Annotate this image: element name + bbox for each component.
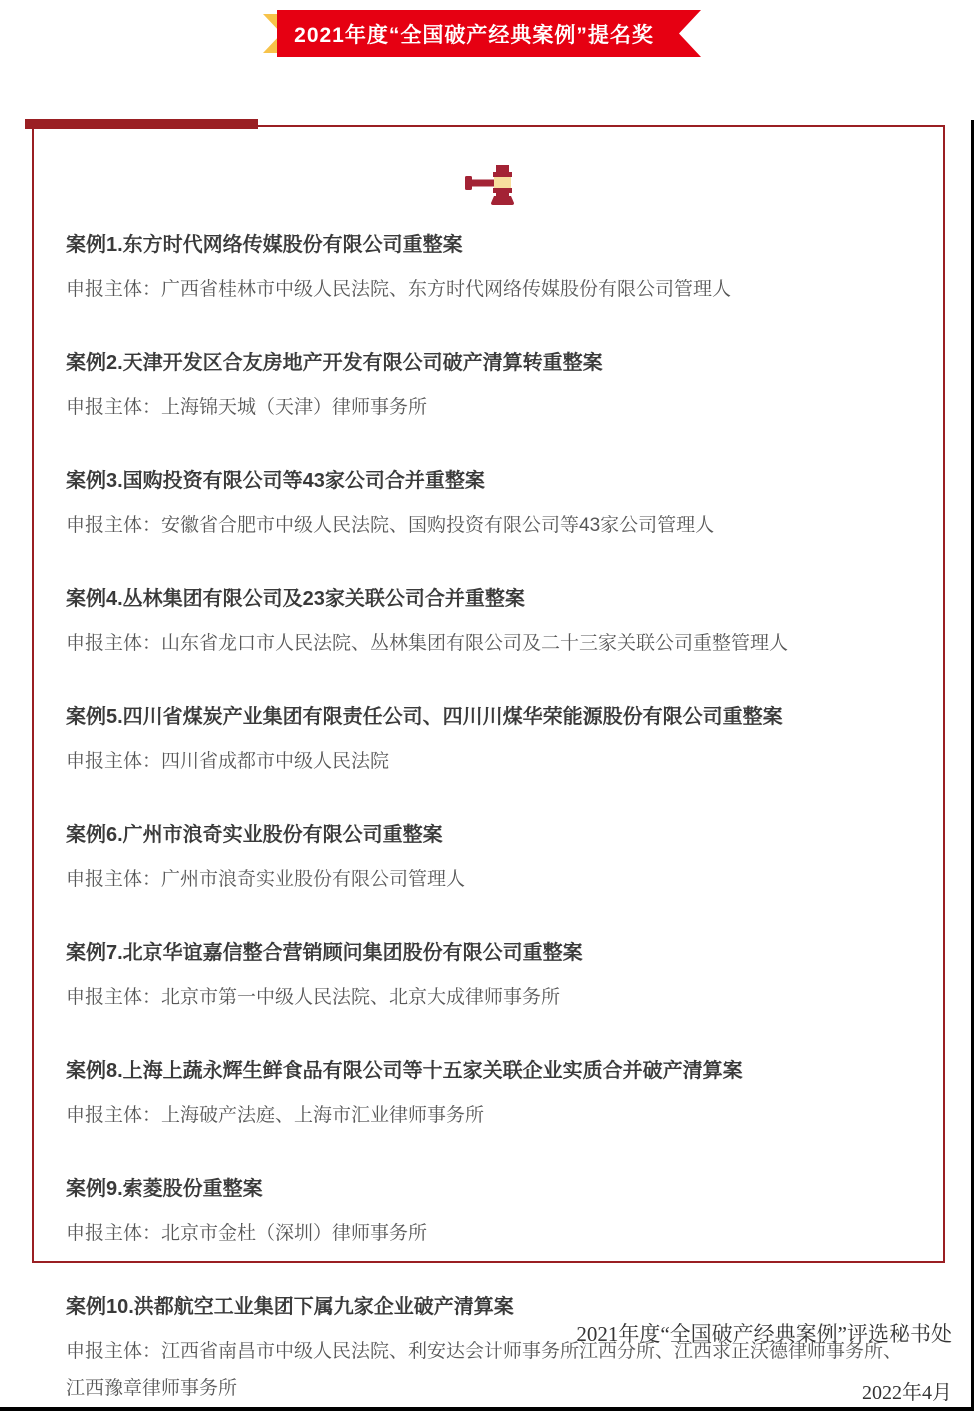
case-item: 案例3.国购投资有限公司等43家公司合并重整案 申报主体：安徽省合肥市中级人民法…: [66, 469, 915, 544]
gavel-icon: [66, 165, 915, 205]
award-banner: 2021年度“全国破产经典案例”提名奖: [277, 10, 701, 57]
case-applicant: 申报主体：安徽省合肥市中级人民法院、国购投资有限公司等43家公司管理人: [66, 507, 915, 544]
case-applicant: 申报主体：北京市第一中级人民法院、北京大成律师事务所: [66, 979, 915, 1016]
case-item: 案例9.索菱股份重整案 申报主体：北京市金杜（深圳）律师事务所: [66, 1177, 915, 1252]
case-applicant: 申报主体：江西省南昌市中级人民法院、利安达会计师事务所江西分所、江西求正沃德律师…: [66, 1333, 915, 1407]
case-applicant: 申报主体：上海锦天城（天津）律师事务所: [66, 389, 915, 426]
case-applicant: 申报主体：广西省桂林市中级人民法院、东方时代网络传媒股份有限公司管理人: [66, 271, 915, 308]
case-title: 案例9.索菱股份重整案: [66, 1177, 915, 1201]
case-item: 案例2.天津开发区合友房地产开发有限公司破产清算转重整案 申报主体：上海锦天城（…: [66, 351, 915, 426]
case-applicant: 申报主体：北京市金杜（深圳）律师事务所: [66, 1215, 915, 1252]
case-title: 案例4.丛林集团有限公司及23家关联公司合并重整案: [66, 587, 915, 611]
case-title: 案例10.洪都航空工业集团下属九家企业破产清算案: [66, 1295, 915, 1319]
banner-title: 2021年度“全国破产经典案例”提名奖: [277, 10, 671, 57]
header-accent-bar: [25, 119, 258, 129]
case-title: 案例7.北京华谊嘉信整合营销顾问集团股份有限公司重整案: [66, 941, 915, 965]
case-title: 案例2.天津开发区合友房地产开发有限公司破产清算转重整案: [66, 351, 915, 375]
case-item: 案例4.丛林集团有限公司及23家关联公司合并重整案 申报主体：山东省龙口市人民法…: [66, 587, 915, 662]
case-item: 案例5.四川省煤炭产业集团有限责任公司、四川川煤华荣能源股份有限公司重整案 申报…: [66, 705, 915, 780]
case-title: 案例1.东方时代网络传媒股份有限公司重整案: [66, 233, 915, 257]
case-item: 案例1.东方时代网络传媒股份有限公司重整案 申报主体：广西省桂林市中级人民法院、…: [66, 233, 915, 308]
case-title: 案例5.四川省煤炭产业集团有限责任公司、四川川煤华荣能源股份有限公司重整案: [66, 705, 915, 729]
case-title: 案例8.上海上蔬永辉生鲜食品有限公司等十五家关联企业实质合并破产清算案: [66, 1059, 915, 1083]
case-applicant: 申报主体：上海破产法庭、上海市汇业律师事务所: [66, 1097, 915, 1134]
case-applicant: 申报主体：四川省成都市中级人民法院: [66, 743, 915, 780]
case-item: 案例7.北京华谊嘉信整合营销顾问集团股份有限公司重整案 申报主体：北京市第一中级…: [66, 941, 915, 1016]
case-item: 案例6.广州市浪奇实业股份有限公司重整案 申报主体：广州市浪奇实业股份有限公司管…: [66, 823, 915, 898]
case-item: 案例10.洪都航空工业集团下属九家企业破产清算案 申报主体：江西省南昌市中级人民…: [66, 1295, 915, 1407]
case-title: 案例6.广州市浪奇实业股份有限公司重整案: [66, 823, 915, 847]
case-applicant: 申报主体：广州市浪奇实业股份有限公司管理人: [66, 861, 915, 898]
page-bottom-edge: [0, 1407, 974, 1411]
case-applicant: 申报主体：山东省龙口市人民法院、丛林集团有限公司及二十三家关联公司重整管理人: [66, 625, 915, 662]
case-item: 案例8.上海上蔬永辉生鲜食品有限公司等十五家关联企业实质合并破产清算案 申报主体…: [66, 1059, 915, 1134]
case-title: 案例3.国购投资有限公司等43家公司合并重整案: [66, 469, 915, 493]
case-list-card: 案例1.东方时代网络传媒股份有限公司重整案 申报主体：广西省桂林市中级人民法院、…: [32, 125, 945, 1263]
